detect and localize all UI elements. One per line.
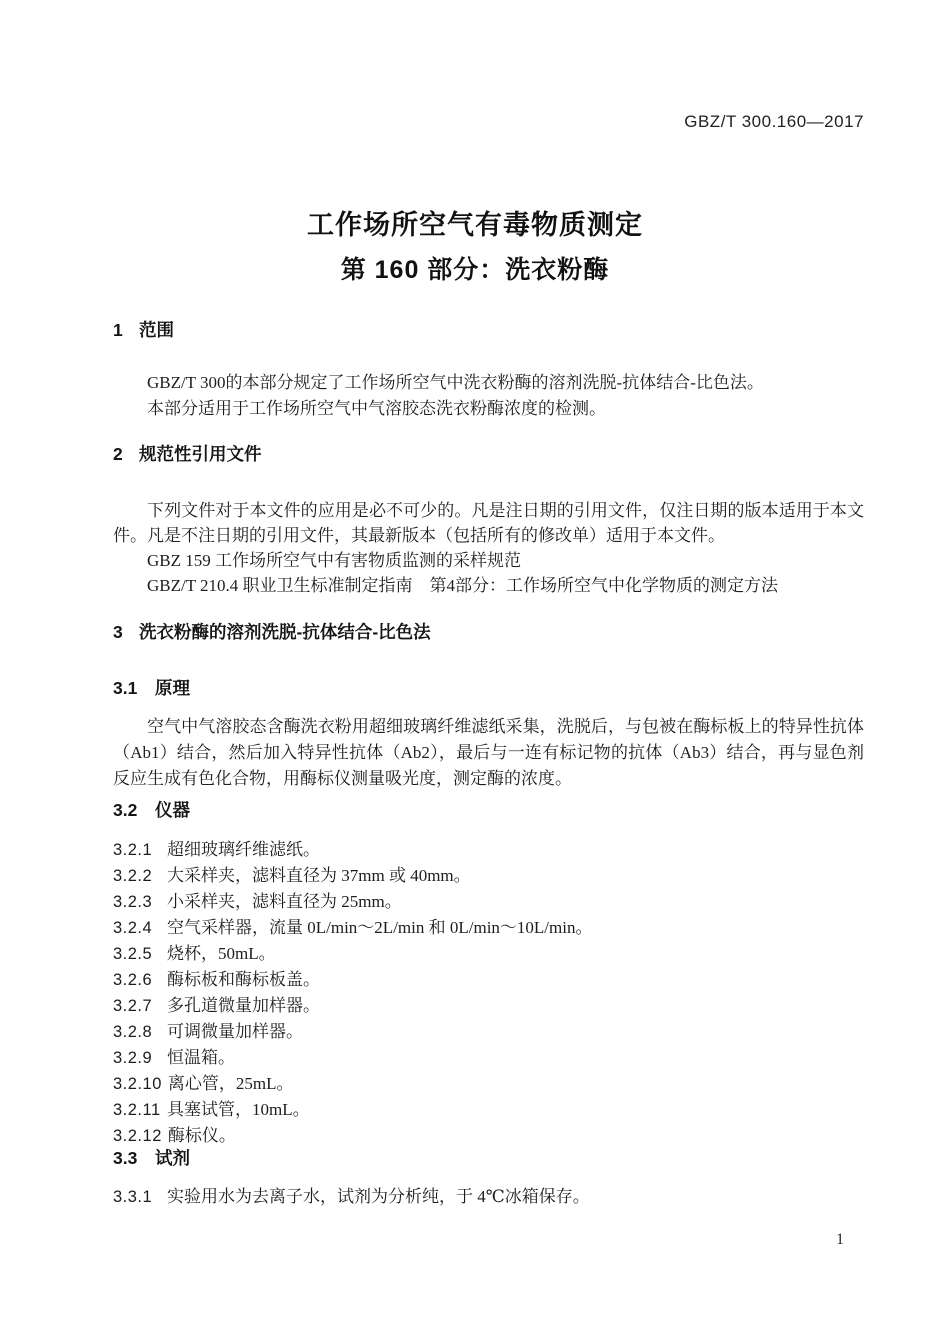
section-2-body: 下列文件对于本文件的应用是必不可少的。凡是注日期的引用文件，仅注日期的版本适用于… bbox=[113, 498, 864, 598]
document-page: GBZ/T 300.160—2017 工作场所空气有毒物质测定 第 160 部分… bbox=[0, 0, 950, 1344]
list-item: 3.2.2大采样夹，滤料直径为 37mm 或 40mm。 bbox=[113, 863, 864, 889]
item-number: 3.2.11 bbox=[113, 1098, 161, 1123]
reference-item-1: GBZ 159 工作场所空气中有害物质监测的采样规范 bbox=[113, 548, 864, 573]
item-number: 3.2.1 bbox=[113, 838, 161, 863]
item-number: 3.2.4 bbox=[113, 916, 161, 941]
item-number: 3.2.8 bbox=[113, 1020, 161, 1045]
item-number: 3.2.3 bbox=[113, 890, 161, 915]
list-item: 3.2.10离心管，25mL。 bbox=[113, 1071, 864, 1097]
section-3-1-number: 3.1 bbox=[113, 678, 155, 698]
list-item: 3.2.7多孔道微量加样器。 bbox=[113, 993, 864, 1019]
list-item: 3.2.8可调微量加样器。 bbox=[113, 1019, 864, 1045]
list-item: 3.2.6酶标板和酶标板盖。 bbox=[113, 967, 864, 993]
scope-paragraph-2: 本部分适用于工作场所空气中气溶胶态洗衣粉酶浓度的检测。 bbox=[113, 396, 864, 422]
item-text: 烧杯，50mL。 bbox=[167, 944, 276, 963]
instrument-list: 3.2.1超细玻璃纤维滤纸。 3.2.2大采样夹，滤料直径为 37mm 或 40… bbox=[113, 837, 864, 1149]
item-number: 3.2.9 bbox=[113, 1046, 161, 1071]
list-item: 3.2.3小采样夹，滤料直径为 25mm。 bbox=[113, 889, 864, 915]
scope-paragraph-1: GBZ/T 300的本部分规定了工作场所空气中洗衣粉酶的溶剂洗脱-抗体结合-比色… bbox=[113, 370, 864, 396]
list-item: 3.2.12酶标仪。 bbox=[113, 1123, 864, 1149]
item-text: 酶标板和酶标板盖。 bbox=[167, 970, 320, 989]
section-3-2-title: 仪器 bbox=[155, 800, 190, 820]
item-text: 实验用水为去离子水，试剂为分析纯，于 4℃冰箱保存。 bbox=[167, 1187, 590, 1206]
item-number: 3.2.6 bbox=[113, 968, 161, 993]
reagent-list: 3.3.1实验用水为去离子水，试剂为分析纯，于 4℃冰箱保存。 bbox=[113, 1184, 864, 1210]
document-title-line1: 工作场所空气有毒物质测定 bbox=[0, 203, 950, 242]
document-title-line2: 第 160 部分：洗衣粉酶 bbox=[0, 250, 950, 286]
section-3-title: 洗衣粉酶的溶剂洗脱-抗体结合-比色法 bbox=[139, 622, 431, 642]
section-3-1-title: 原理 bbox=[155, 678, 190, 698]
item-text: 恒温箱。 bbox=[167, 1048, 235, 1067]
list-item: 3.3.1实验用水为去离子水，试剂为分析纯，于 4℃冰箱保存。 bbox=[113, 1184, 864, 1210]
section-1-title: 范围 bbox=[139, 320, 174, 340]
section-2-heading: 2规范性引用文件 bbox=[113, 444, 864, 464]
section-3-1-body: 空气中气溶胶态含酶洗衣粉用超细玻璃纤维滤纸采集，洗脱后，与包被在酶标板上的特异性… bbox=[113, 714, 864, 792]
item-number: 3.2.12 bbox=[113, 1124, 162, 1149]
item-text: 多孔道微量加样器。 bbox=[167, 996, 320, 1015]
item-text: 超细玻璃纤维滤纸。 bbox=[167, 840, 320, 859]
section-2-title: 规范性引用文件 bbox=[139, 444, 262, 464]
item-text: 可调微量加样器。 bbox=[167, 1022, 303, 1041]
principle-paragraph: 空气中气溶胶态含酶洗衣粉用超细玻璃纤维滤纸采集，洗脱后，与包被在酶标板上的特异性… bbox=[113, 714, 864, 792]
item-number: 3.2.7 bbox=[113, 994, 161, 1019]
section-3-1-heading: 3.1原理 bbox=[113, 678, 864, 698]
item-number: 3.2.5 bbox=[113, 942, 161, 967]
section-2-number: 2 bbox=[113, 444, 139, 464]
section-3-2-heading: 3.2仪器 bbox=[113, 800, 864, 820]
section-3-2-number: 3.2 bbox=[113, 800, 155, 820]
list-item: 3.2.1超细玻璃纤维滤纸。 bbox=[113, 837, 864, 863]
references-intro: 下列文件对于本文件的应用是必不可少的。凡是注日期的引用文件，仅注日期的版本适用于… bbox=[113, 498, 864, 548]
list-item: 3.2.9恒温箱。 bbox=[113, 1045, 864, 1071]
standard-code: GBZ/T 300.160—2017 bbox=[684, 112, 864, 132]
section-1-heading: 1范围 bbox=[113, 320, 864, 340]
section-3-3-number: 3.3 bbox=[113, 1148, 155, 1168]
section-1-body: GBZ/T 300的本部分规定了工作场所空气中洗衣粉酶的溶剂洗脱-抗体结合-比色… bbox=[113, 370, 864, 422]
item-number: 3.2.10 bbox=[113, 1072, 162, 1097]
section-3-3-heading: 3.3试剂 bbox=[113, 1148, 864, 1168]
item-number: 3.2.2 bbox=[113, 864, 161, 889]
item-number: 3.3.1 bbox=[113, 1185, 161, 1210]
list-item: 3.2.11具塞试管，10mL。 bbox=[113, 1097, 864, 1123]
section-1-number: 1 bbox=[113, 320, 139, 340]
list-item: 3.2.4空气采样器，流量 0L/min～2L/min 和 0L/min～10L… bbox=[113, 915, 864, 941]
item-text: 离心管，25mL。 bbox=[168, 1074, 294, 1093]
section-3-number: 3 bbox=[113, 622, 139, 642]
item-text: 小采样夹，滤料直径为 25mm。 bbox=[167, 892, 402, 911]
item-text: 空气采样器，流量 0L/min～2L/min 和 0L/min～10L/min。 bbox=[167, 918, 592, 937]
section-3-heading: 3洗衣粉酶的溶剂洗脱-抗体结合-比色法 bbox=[113, 622, 864, 642]
list-item: 3.2.5烧杯，50mL。 bbox=[113, 941, 864, 967]
item-text: 大采样夹，滤料直径为 37mm 或 40mm。 bbox=[167, 866, 471, 885]
page-number: 1 bbox=[836, 1231, 844, 1249]
reference-item-2: GBZ/T 210.4 职业卫生标准制定指南 第4部分：工作场所空气中化学物质的… bbox=[113, 573, 864, 598]
item-text: 酶标仪。 bbox=[168, 1126, 236, 1145]
item-text: 具塞试管，10mL。 bbox=[167, 1100, 310, 1119]
section-3-3-title: 试剂 bbox=[155, 1148, 190, 1168]
